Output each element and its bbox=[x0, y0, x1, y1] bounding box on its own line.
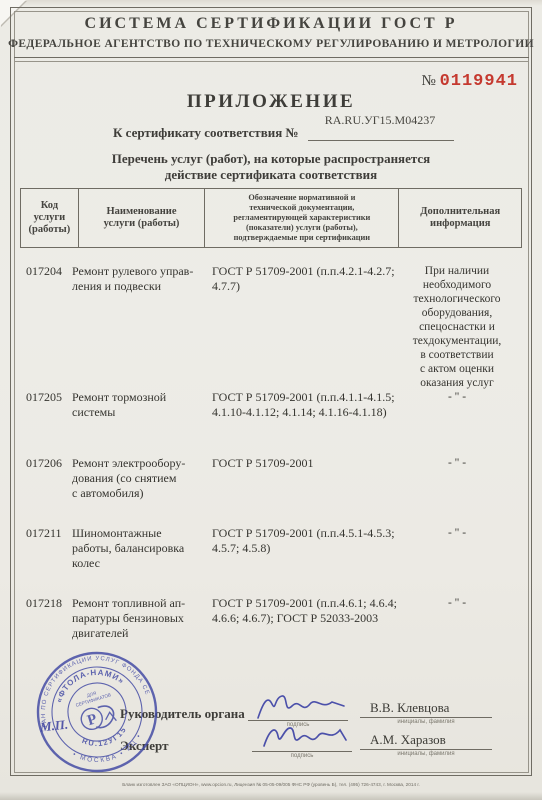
service-docs: ГОСТ Р 51709-2001 (п.п.4.6.1; 4.6.4; 4.6… bbox=[212, 596, 404, 626]
certificate-number-underline bbox=[308, 140, 454, 141]
blank-number: № 0119941 bbox=[422, 72, 518, 91]
head-signature-ink bbox=[252, 692, 352, 722]
table-header: Код услуги (работы) Наименование услуги … bbox=[20, 188, 522, 248]
expert-signature-line bbox=[252, 751, 352, 752]
header-divider bbox=[14, 57, 529, 58]
service-code: 017211 bbox=[26, 526, 74, 541]
service-docs: ГОСТ Р 51709-2001 bbox=[212, 456, 404, 471]
ditto-mark: - " - bbox=[395, 456, 519, 470]
service-name: Ремонт рулевого управ- ления и подвески bbox=[72, 264, 206, 294]
service-name: Ремонт электрообору- дования (со снятием… bbox=[72, 456, 206, 501]
head-name-line bbox=[360, 717, 492, 718]
column-header-code: Код услуги (работы) bbox=[21, 189, 79, 247]
agency-subtitle: ФЕДЕРАЛЬНОЕ АГЕНТСТВО ПО ТЕХНИЧЕСКОМУ РЕ… bbox=[0, 38, 542, 50]
ditto-mark: - " - bbox=[395, 596, 519, 610]
service-name: Шиномонтажные работы, балансировка колес bbox=[72, 526, 206, 571]
certificate-appendix-page: СИСТЕМА СЕРТИФИКАЦИИ ГОСТ Р ФЕДЕРАЛЬНОЕ … bbox=[0, 0, 542, 800]
ditto-mark: - " - bbox=[395, 390, 519, 404]
column-header-docs: Обозначение нормативной и технической до… bbox=[205, 189, 399, 247]
signature-caption: подпись bbox=[248, 722, 348, 728]
service-code: 017205 bbox=[26, 390, 74, 405]
expert-name: А.М. Харазов bbox=[370, 732, 446, 748]
certificate-number: RA.RU.УГ15.М04237 bbox=[305, 113, 455, 128]
service-name: Ремонт тормозной системы bbox=[72, 390, 206, 420]
blank-number-digits: 0119941 bbox=[440, 72, 518, 91]
expert-name-line bbox=[360, 749, 492, 750]
service-docs: ГОСТ Р 51709-2001 (п.п.4.5.1-4.5.3; 4.5.… bbox=[212, 526, 404, 556]
service-code: 017218 bbox=[26, 596, 74, 611]
head-name: В.В. Клевцова bbox=[370, 700, 449, 716]
name-caption: инициалы, фамилия bbox=[360, 751, 492, 757]
services-list-title: Перечень услуг (работ), на которые распр… bbox=[0, 151, 542, 183]
head-signature-line bbox=[248, 720, 348, 721]
certification-system-title: СИСТЕМА СЕРТИФИКАЦИИ ГОСТ Р bbox=[0, 15, 542, 33]
service-code: 017206 bbox=[26, 456, 74, 471]
rst-logo-icon: Р bbox=[79, 702, 117, 733]
name-caption: инициалы, фамилия bbox=[360, 719, 492, 725]
column-header-name: Наименование услуги (работы) bbox=[79, 189, 206, 247]
ditto-mark: - " - bbox=[395, 526, 519, 540]
service-docs: ГОСТ Р 51709-2001 (п.п.4.2.1-4.2.7; 4.7.… bbox=[212, 264, 404, 294]
blank-number-prefix: № bbox=[422, 73, 436, 89]
signature-caption: подпись bbox=[252, 753, 352, 759]
header-divider-inner bbox=[14, 61, 529, 62]
column-header-info: Дополнительная информация bbox=[399, 189, 521, 247]
printer-imprint: Бланк изготовлен ЗАО «ОПЦИОН», www.opcio… bbox=[60, 783, 483, 788]
stamp-place-mark: М.П. bbox=[39, 717, 69, 736]
service-code: 017204 bbox=[26, 264, 74, 279]
certificate-number-label: К сертификату соответствия № bbox=[113, 125, 299, 141]
appendix-title: ПРИЛОЖЕНИЕ bbox=[0, 91, 542, 113]
service-docs: ГОСТ Р 51709-2001 (п.п.4.1.1-4.1.5; 4.1.… bbox=[212, 390, 404, 420]
service-info: При наличии необходимого технологическог… bbox=[395, 264, 519, 390]
